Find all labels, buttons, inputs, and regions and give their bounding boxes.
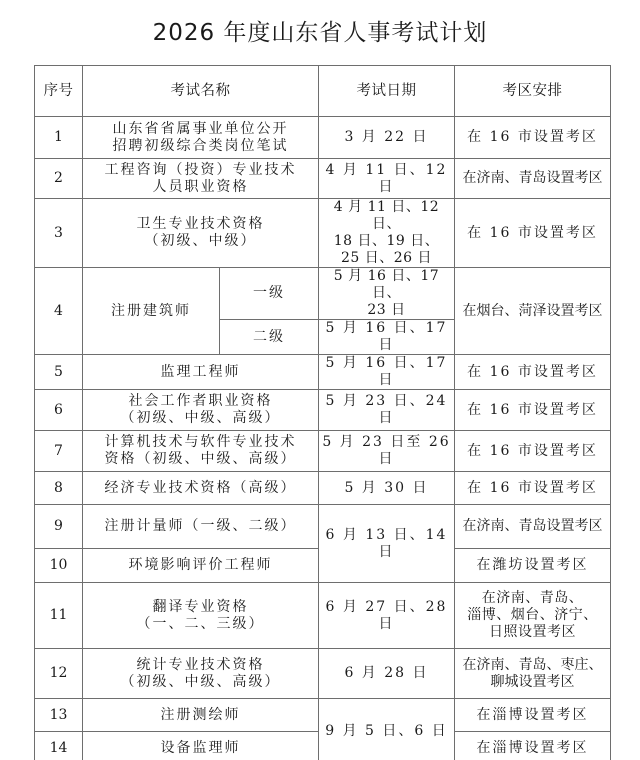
table-row: 3 卫生专业技术资格 （初级、中级） 4 月 11 日、12 日、 18 日、1… bbox=[35, 199, 611, 268]
row-exam-name: 社会工作者职业资格 （初级、中级、高级） bbox=[83, 390, 319, 431]
row-exam-date: 6 月 27 日、28 日 bbox=[319, 583, 455, 649]
row-exam-date: 4 月 11 日、12 日、 18 日、19 日、 25 日、26 日 bbox=[319, 199, 455, 268]
row-exam-name: 工程咨询（投资）专业技术 人员职业资格 bbox=[83, 159, 319, 199]
table-row: 4 注册建筑师 一级 5 月 16 日、17 日、 23 日 在烟台、菏泽设置考… bbox=[35, 268, 611, 320]
row-exam-date: 9 月 5 日、6 日 bbox=[319, 699, 455, 760]
row-seq: 8 bbox=[35, 472, 83, 505]
row-exam-area: 在济南、青岛设置考区 bbox=[455, 505, 611, 549]
row-seq: 14 bbox=[35, 732, 83, 760]
row-seq: 7 bbox=[35, 431, 83, 472]
page-title: 2026 年度山东省人事考试计划 bbox=[0, 14, 640, 47]
row-seq: 13 bbox=[35, 699, 83, 732]
row-exam-area: 在 16 市设置考区 bbox=[455, 355, 611, 390]
header-exam-area: 考区安排 bbox=[455, 66, 611, 117]
table-row: 1 山东省省属事业单位公开 招聘初级综合类岗位笔试 3 月 22 日 在 16 … bbox=[35, 117, 611, 159]
row-seq: 11 bbox=[35, 583, 83, 649]
row-exam-area: 在 16 市设置考区 bbox=[455, 199, 611, 268]
row-exam-date: 5 月 30 日 bbox=[319, 472, 455, 505]
row-seq: 3 bbox=[35, 199, 83, 268]
row-exam-name: 卫生专业技术资格 （初级、中级） bbox=[83, 199, 319, 268]
row-exam-date: 5 月 16 日、17 日 bbox=[319, 320, 455, 355]
row-exam-area: 在 16 市设置考区 bbox=[455, 472, 611, 505]
row-exam-level: 二级 bbox=[220, 320, 319, 355]
row-exam-name: 注册计量师（一级、二级） bbox=[83, 505, 319, 549]
row-exam-name: 翻译专业资格 （一、二、三级） bbox=[83, 583, 319, 649]
table-row: 13 注册测绘师 9 月 5 日、6 日 在淄博设置考区 bbox=[35, 699, 611, 732]
row-exam-area: 在济南、青岛、 淄博、烟台、济宁、 日照设置考区 bbox=[455, 583, 611, 649]
row-exam-name: 监理工程师 bbox=[83, 355, 319, 390]
row-seq: 10 bbox=[35, 549, 83, 583]
row-seq: 12 bbox=[35, 649, 83, 699]
table-header-row: 序号 考试名称 考试日期 考区安排 bbox=[35, 66, 611, 117]
row-exam-area: 在 16 市设置考区 bbox=[455, 390, 611, 431]
row-exam-date: 6 月 28 日 bbox=[319, 649, 455, 699]
header-seq: 序号 bbox=[35, 66, 83, 117]
row-exam-area: 在淄博设置考区 bbox=[455, 732, 611, 760]
table-row: 12 统计专业技术资格 （初级、中级、高级） 6 月 28 日 在济南、青岛、枣… bbox=[35, 649, 611, 699]
table-row: 7 计算机技术与软件专业技术 资格（初级、中级、高级） 5 月 23 日至 26… bbox=[35, 431, 611, 472]
table-row: 8 经济专业技术资格（高级） 5 月 30 日 在 16 市设置考区 bbox=[35, 472, 611, 505]
row-exam-name: 环境影响评价工程师 bbox=[83, 549, 319, 583]
row-exam-date: 5 月 16 日、17 日 bbox=[319, 355, 455, 390]
row-seq: 5 bbox=[35, 355, 83, 390]
row-exam-date: 3 月 22 日 bbox=[319, 117, 455, 159]
row-exam-name: 统计专业技术资格 （初级、中级、高级） bbox=[83, 649, 319, 699]
row-exam-area: 在济南、青岛设置考区 bbox=[455, 159, 611, 199]
row-exam-area: 在 16 市设置考区 bbox=[455, 431, 611, 472]
row-exam-area: 在烟台、菏泽设置考区 bbox=[455, 268, 611, 355]
row-exam-level: 一级 bbox=[220, 268, 319, 320]
row-exam-name: 计算机技术与软件专业技术 资格（初级、中级、高级） bbox=[83, 431, 319, 472]
row-seq: 9 bbox=[35, 505, 83, 549]
row-exam-date: 6 月 13 日、14 日 bbox=[319, 505, 455, 583]
row-exam-date: 5 月 23 日、24 日 bbox=[319, 390, 455, 431]
table-row: 11 翻译专业资格 （一、二、三级） 6 月 27 日、28 日 在济南、青岛、… bbox=[35, 583, 611, 649]
row-seq: 2 bbox=[35, 159, 83, 199]
row-seq: 1 bbox=[35, 117, 83, 159]
row-exam-area: 在潍坊设置考区 bbox=[455, 549, 611, 583]
table-row: 6 社会工作者职业资格 （初级、中级、高级） 5 月 23 日、24 日 在 1… bbox=[35, 390, 611, 431]
row-exam-name: 经济专业技术资格（高级） bbox=[83, 472, 319, 505]
row-exam-area: 在淄博设置考区 bbox=[455, 699, 611, 732]
row-exam-area: 在 16 市设置考区 bbox=[455, 117, 611, 159]
table-row: 5 监理工程师 5 月 16 日、17 日 在 16 市设置考区 bbox=[35, 355, 611, 390]
row-exam-name: 山东省省属事业单位公开 招聘初级综合类岗位笔试 bbox=[83, 117, 319, 159]
exam-schedule-table: 序号 考试名称 考试日期 考区安排 1 山东省省属事业单位公开 招聘初级综合类岗… bbox=[34, 65, 611, 760]
row-seq: 4 bbox=[35, 268, 83, 355]
row-exam-date: 5 月 16 日、17 日、 23 日 bbox=[319, 268, 455, 320]
table-row: 2 工程咨询（投资）专业技术 人员职业资格 4 月 11 日、12 日 在济南、… bbox=[35, 159, 611, 199]
row-exam-date: 5 月 23 日至 26 日 bbox=[319, 431, 455, 472]
row-exam-name: 注册建筑师 bbox=[83, 268, 220, 355]
row-exam-name: 设备监理师 bbox=[83, 732, 319, 760]
row-exam-name: 注册测绘师 bbox=[83, 699, 319, 732]
header-exam-name: 考试名称 bbox=[83, 66, 319, 117]
row-exam-area: 在济南、青岛、枣庄、 聊城设置考区 bbox=[455, 649, 611, 699]
header-exam-date: 考试日期 bbox=[319, 66, 455, 117]
row-exam-date: 4 月 11 日、12 日 bbox=[319, 159, 455, 199]
row-seq: 6 bbox=[35, 390, 83, 431]
table-row: 9 注册计量师（一级、二级） 6 月 13 日、14 日 在济南、青岛设置考区 bbox=[35, 505, 611, 549]
